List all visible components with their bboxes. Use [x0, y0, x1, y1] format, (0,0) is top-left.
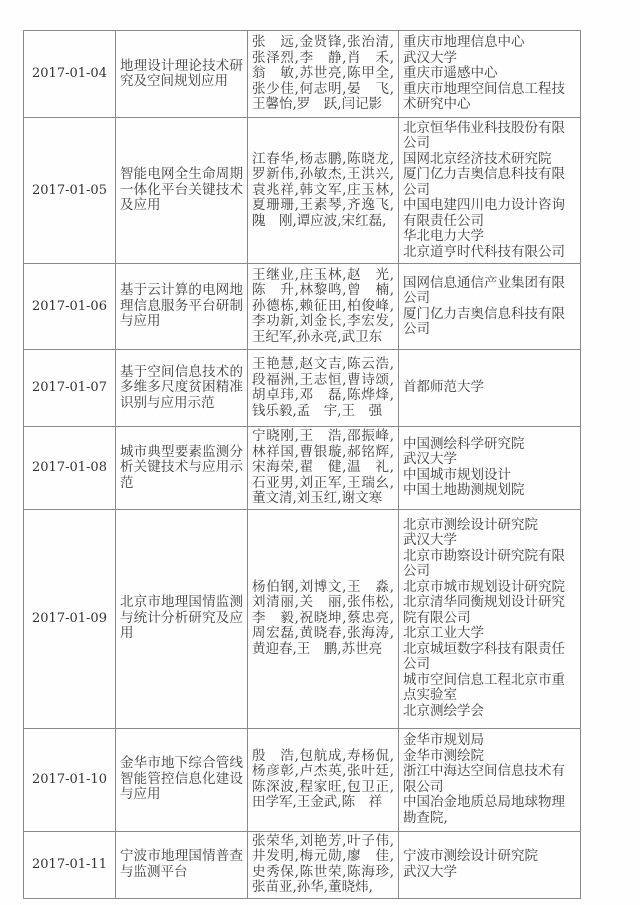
orgs-cell: 北京恒华伟业科技股份有限公司国网北京经济技术研究院厦门亿力吉奥信息科技有限公司中…	[399, 118, 581, 264]
org-line: 北京恒华伟业科技股份有限公司	[403, 121, 576, 152]
names-cell: 王继业,庄玉林,赵 光,陈 升,林黎鸣,曾 楠,孙德栋,赖征田,柏俊峰,李功新,…	[248, 264, 399, 350]
org-line: 中国城市规划设计	[403, 468, 576, 484]
date-cell: 2017-01-09	[24, 509, 116, 728]
table-row: 2017-01-10 金华市地下综合管线智能管控信息化建设与应用 殷 浩,包航成…	[24, 728, 581, 831]
org-line: 武汉大学	[403, 533, 576, 549]
org-line: 中国土地勘测规划院	[403, 483, 576, 499]
org-line: 国网北京经济技术研究院	[403, 152, 576, 168]
org-line: 城市空间信息工程北京市重点实验室	[403, 673, 576, 704]
org-line: 浙江中海达空间信息技术有限公司	[403, 764, 576, 795]
orgs-cell: 重庆市地理信息中心武汉大学重庆市遥感中心重庆市地理空间信息工程技术研究中心	[399, 31, 581, 118]
date-cell: 2017-01-10	[24, 728, 116, 831]
org-line: 武汉大学	[403, 865, 576, 881]
org-line: 厦门亿力吉奥信息科技有限公司	[403, 167, 576, 198]
title-cell: 金华市地下综合管线智能管控信息化建设与应用	[116, 728, 248, 831]
title-cell: 城市典型要素监测分析关键技术与应用示范	[116, 427, 248, 510]
org-line: 重庆市遥感中心	[403, 66, 576, 82]
org-line: 中国测绘科学研究院	[403, 437, 576, 453]
title-cell: 北京市地理国情监测与统计分析研究及应用	[116, 509, 248, 728]
org-line: 北京市城市规划设计研究院	[403, 580, 576, 596]
names-cell: 江春华,杨志鹏,陈晓龙,罗新伟,孙敏杰,王洪兴,袁兆祥,韩文军,庄玉林,夏珊珊,…	[248, 118, 399, 264]
table-row: 2017-01-07 基于空间信息技术的多维多尺度贫困精准识别与应用示范 王艳慧…	[24, 350, 581, 427]
names-cell: 张 远,金贤锋,张治清,张泽烈,李 静,肖 禾,翁 敏,苏世亮,陈甲全,张少佳,…	[248, 31, 399, 118]
names-cell: 王艳慧,赵文吉,陈云浩,段福洲,王志恒,曹诗颂,胡卓玮,邓 磊,陈烨烽,钱乐毅,…	[248, 350, 399, 427]
org-line: 华北电力大学	[403, 229, 576, 245]
table-row: 2017-01-05 智能电网全生命周期一体化平台关键技术及应用 江春华,杨志鹏…	[24, 118, 581, 264]
org-line: 中国冶金地质总局地球物理勘查院,	[403, 795, 576, 826]
date-cell: 2017-01-04	[24, 31, 116, 118]
org-line: 北京市测绘设计研究院	[403, 518, 576, 534]
table-row: 2017-01-09 北京市地理国情监测与统计分析研究及应用 杨伯钢,刘博文,王…	[24, 509, 581, 728]
date-cell: 2017-01-05	[24, 118, 116, 264]
org-line: 中国电建四川电力设计咨询有限责任公司	[403, 198, 576, 229]
org-line: 厦门亿力吉奥信息科技有限公司	[403, 307, 576, 338]
title-cell: 地理设计理论技术研究及空间规划应用	[116, 31, 248, 118]
orgs-cell: 宁波市测绘设计研究院武汉大学	[399, 831, 581, 898]
date-cell: 2017-01-08	[24, 427, 116, 510]
date-cell: 2017-01-11	[24, 831, 116, 898]
document-page: 2017-01-04 地理设计理论技术研究及空间规划应用 张 远,金贤锋,张治清…	[0, 0, 640, 905]
orgs-cell: 首都师范大学	[399, 350, 581, 427]
org-line: 金华市规划局	[403, 733, 576, 749]
org-line: 武汉大学	[403, 51, 576, 67]
org-line: 重庆市地理信息中心	[403, 35, 576, 51]
title-cell: 基于空间信息技术的多维多尺度贫困精准识别与应用示范	[116, 350, 248, 427]
org-line: 金华市测绘院	[403, 749, 576, 765]
orgs-cell: 北京市测绘设计研究院武汉大学北京市勘察设计研究院有限公司北京市城市规划设计研究院…	[399, 509, 581, 728]
names-cell: 殷 浩,包航成,寿杨侃,杨彦彰,卢杰英,张叶廷,陈深波,程家旺,包卫正,田学军,…	[248, 728, 399, 831]
table-row: 2017-01-06 基于云计算的电网地理信息服务平台研制与应用 王继业,庄玉林…	[24, 264, 581, 350]
date-cell: 2017-01-07	[24, 350, 116, 427]
org-line: 北京道亨时代科技有限公司	[403, 245, 576, 261]
title-cell: 基于云计算的电网地理信息服务平台研制与应用	[116, 264, 248, 350]
awards-table-body: 2017-01-04 地理设计理论技术研究及空间规划应用 张 远,金贤锋,张治清…	[24, 31, 581, 899]
org-line: 国网信息通信产业集团有限公司	[403, 276, 576, 307]
awards-table: 2017-01-04 地理设计理论技术研究及空间规划应用 张 远,金贤锋,张治清…	[23, 30, 581, 899]
names-cell: 张荣华,刘艳芳,叶子伟,井发明,梅元勋,廖 佳,史秀保,陈世荣,陈海珍,张苗亚,…	[248, 831, 399, 898]
title-cell: 智能电网全生命周期一体化平台关键技术及应用	[116, 118, 248, 264]
org-line: 北京市勘察设计研究院有限公司	[403, 549, 576, 580]
names-cell: 杨伯钢,刘博文,王 淼,刘清丽,关 丽,张伟松,李 毅,祝晓坤,蔡忠亮,周宏磊,…	[248, 509, 399, 728]
table-row: 2017-01-11 宁波市地理国情普查与监测平台 张荣华,刘艳芳,叶子伟,井发…	[24, 831, 581, 898]
names-cell: 宁晓刚,王 浩,邵振峰,林祥国,曹银璇,郝铭辉,宋海荣,翟 健,温 礼,石亚男,…	[248, 427, 399, 510]
orgs-cell: 中国测绘科学研究院武汉大学中国城市规划设计中国土地勘测规划院	[399, 427, 581, 510]
table-row: 2017-01-08 城市典型要素监测分析关键技术与应用示范 宁晓刚,王 浩,邵…	[24, 427, 581, 510]
org-line: 北京工业大学	[403, 626, 576, 642]
org-line: 重庆市地理空间信息工程技术研究中心	[403, 82, 576, 113]
org-line: 北京城垣数字科技有限责任公司	[403, 642, 576, 673]
org-line: 北京测绘学会	[403, 704, 576, 720]
orgs-cell: 国网信息通信产业集团有限公司厦门亿力吉奥信息科技有限公司	[399, 264, 581, 350]
table-row: 2017-01-04 地理设计理论技术研究及空间规划应用 张 远,金贤锋,张治清…	[24, 31, 581, 118]
org-line: 首都师范大学	[403, 380, 576, 396]
org-line: 北京清华同衡规划设计研究院有限公司	[403, 595, 576, 626]
org-line: 宁波市测绘设计研究院	[403, 849, 576, 865]
orgs-cell: 金华市规划局金华市测绘院浙江中海达空间信息技术有限公司中国冶金地质总局地球物理勘…	[399, 728, 581, 831]
title-cell: 宁波市地理国情普查与监测平台	[116, 831, 248, 898]
org-line: 武汉大学	[403, 452, 576, 468]
date-cell: 2017-01-06	[24, 264, 116, 350]
